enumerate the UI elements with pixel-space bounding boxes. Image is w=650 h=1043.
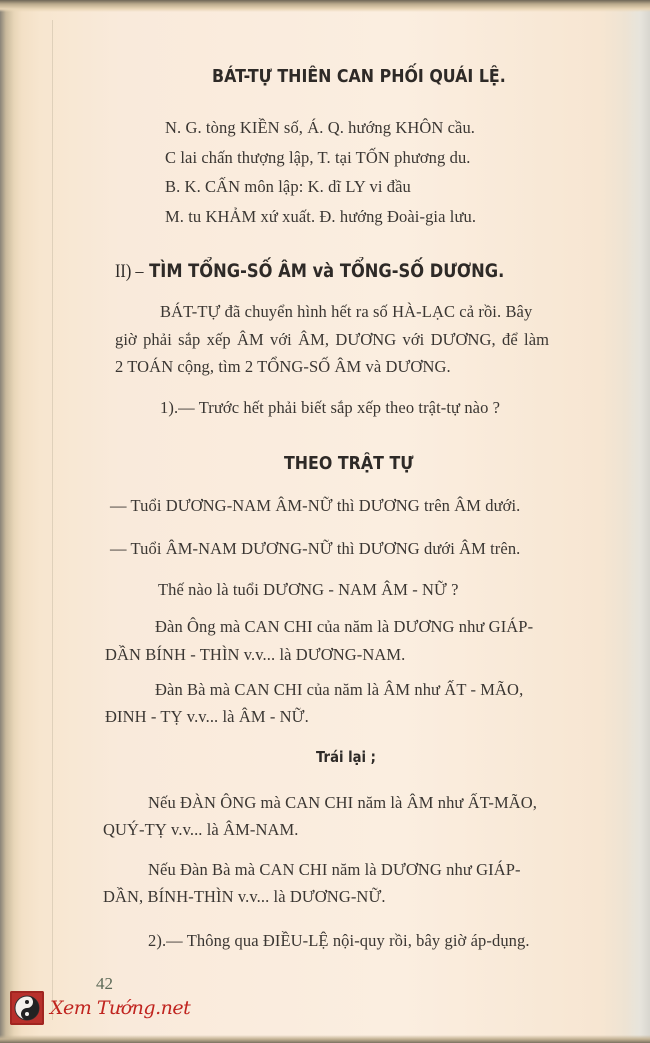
- verse-line-1: N. G. tòng KIỀN số, Á. Q. hướng KHÔN cầu…: [165, 118, 475, 138]
- paragraph-contrary-men-line-2: QUÝ-TỴ v.v... là ÂM-NAM.: [103, 820, 299, 840]
- verse-line-3: B. K. CẤN môn lập: K. dĩ LY vi đầu: [165, 177, 411, 197]
- paragraph-contrary-women-line-2: DẦN, BÍNH-THÌN v.v... là DƯƠNG-NỮ.: [103, 887, 386, 907]
- paragraph-1-line-2: giờ phải sắp xếp ÂM với ÂM, DƯƠNG với DƯ…: [115, 330, 549, 350]
- question-1: 1).— Trước hết phải biết sắp xếp theo tr…: [160, 398, 500, 418]
- page-top-edge: [0, 0, 650, 12]
- subheading-contrary: Trái lại ;: [316, 748, 376, 766]
- watermark-text: Xem Tướng.net: [50, 997, 190, 1019]
- question-3: 2).— Thông qua ĐIỀU-LỆ nội-quy rồi, bây …: [148, 931, 530, 951]
- paragraph-1-line-1: BÁT-TỰ đã chuyển hình hết ra số HÀ-LẠC c…: [160, 302, 532, 322]
- paragraph-men-line-2: DẦN BÍNH - THÌN v.v... là DƯƠNG-NAM.: [105, 645, 405, 665]
- section-heading-text: TÌM TỔNG-SỐ ÂM và TỔNG-SỐ DƯƠNG.: [149, 261, 504, 282]
- section-heading-2: II) – TÌM TỔNG-SỐ ÂM và TỔNG-SỐ DƯƠNG.: [115, 261, 504, 283]
- paragraph-men-line-1: Đàn Ông mà CAN CHI của năm là DƯƠNG như …: [155, 617, 533, 637]
- verse-line-2: C lai chấn thượng lập, T. tại TỐN phương…: [165, 148, 471, 168]
- rule-2: — Tuổi ÂM-NAM DƯƠNG-NỮ thì DƯƠNG dưới ÂM…: [110, 539, 520, 559]
- watermark-logo[interactable]: Xem Tướng.net: [10, 990, 190, 1026]
- verse-line-4: M. tu KHẢM xứ xuất. Đ. hướng Đoài-gia lư…: [165, 207, 476, 227]
- paragraph-contrary-men-line-1: Nếu ĐÀN ÔNG mà CAN CHI năm là ÂM như ẤT-…: [148, 793, 537, 813]
- paragraph-women-line-1: Đàn Bà mà CAN CHI của năm là ÂM như ẤT -…: [155, 680, 523, 700]
- question-2: Thế nào là tuổi DƯƠNG - NAM ÂM - NỮ ?: [158, 580, 459, 600]
- page-bottom-edge: [0, 1035, 650, 1043]
- yin-yang-icon: [10, 991, 44, 1025]
- rule-1: — Tuổi DƯƠNG-NAM ÂM-NỮ thì DƯƠNG trên ÂM…: [110, 496, 520, 516]
- paragraph-women-line-2: ĐINH - TỴ v.v... là ÂM - NỮ.: [105, 707, 309, 727]
- paragraph-1-line-3: 2 TOÁN cộng, tìm 2 TỔNG-SỐ ÂM và DƯƠNG.: [115, 357, 451, 377]
- book-page: BÁT-TỰ THIÊN CAN PHỐI QUÁI LỆ. N. G. tòn…: [0, 0, 650, 1043]
- section-numeral: II) –: [115, 262, 143, 282]
- paragraph-contrary-women-line-1: Nếu Đàn Bà mà CAN CHI năm là DƯƠNG như G…: [148, 860, 521, 880]
- margin-crease: [52, 20, 53, 1020]
- subheading-order: THEO TRẬT TỰ: [284, 453, 413, 474]
- page-title: BÁT-TỰ THIÊN CAN PHỐI QUÁI LỆ.: [212, 66, 506, 87]
